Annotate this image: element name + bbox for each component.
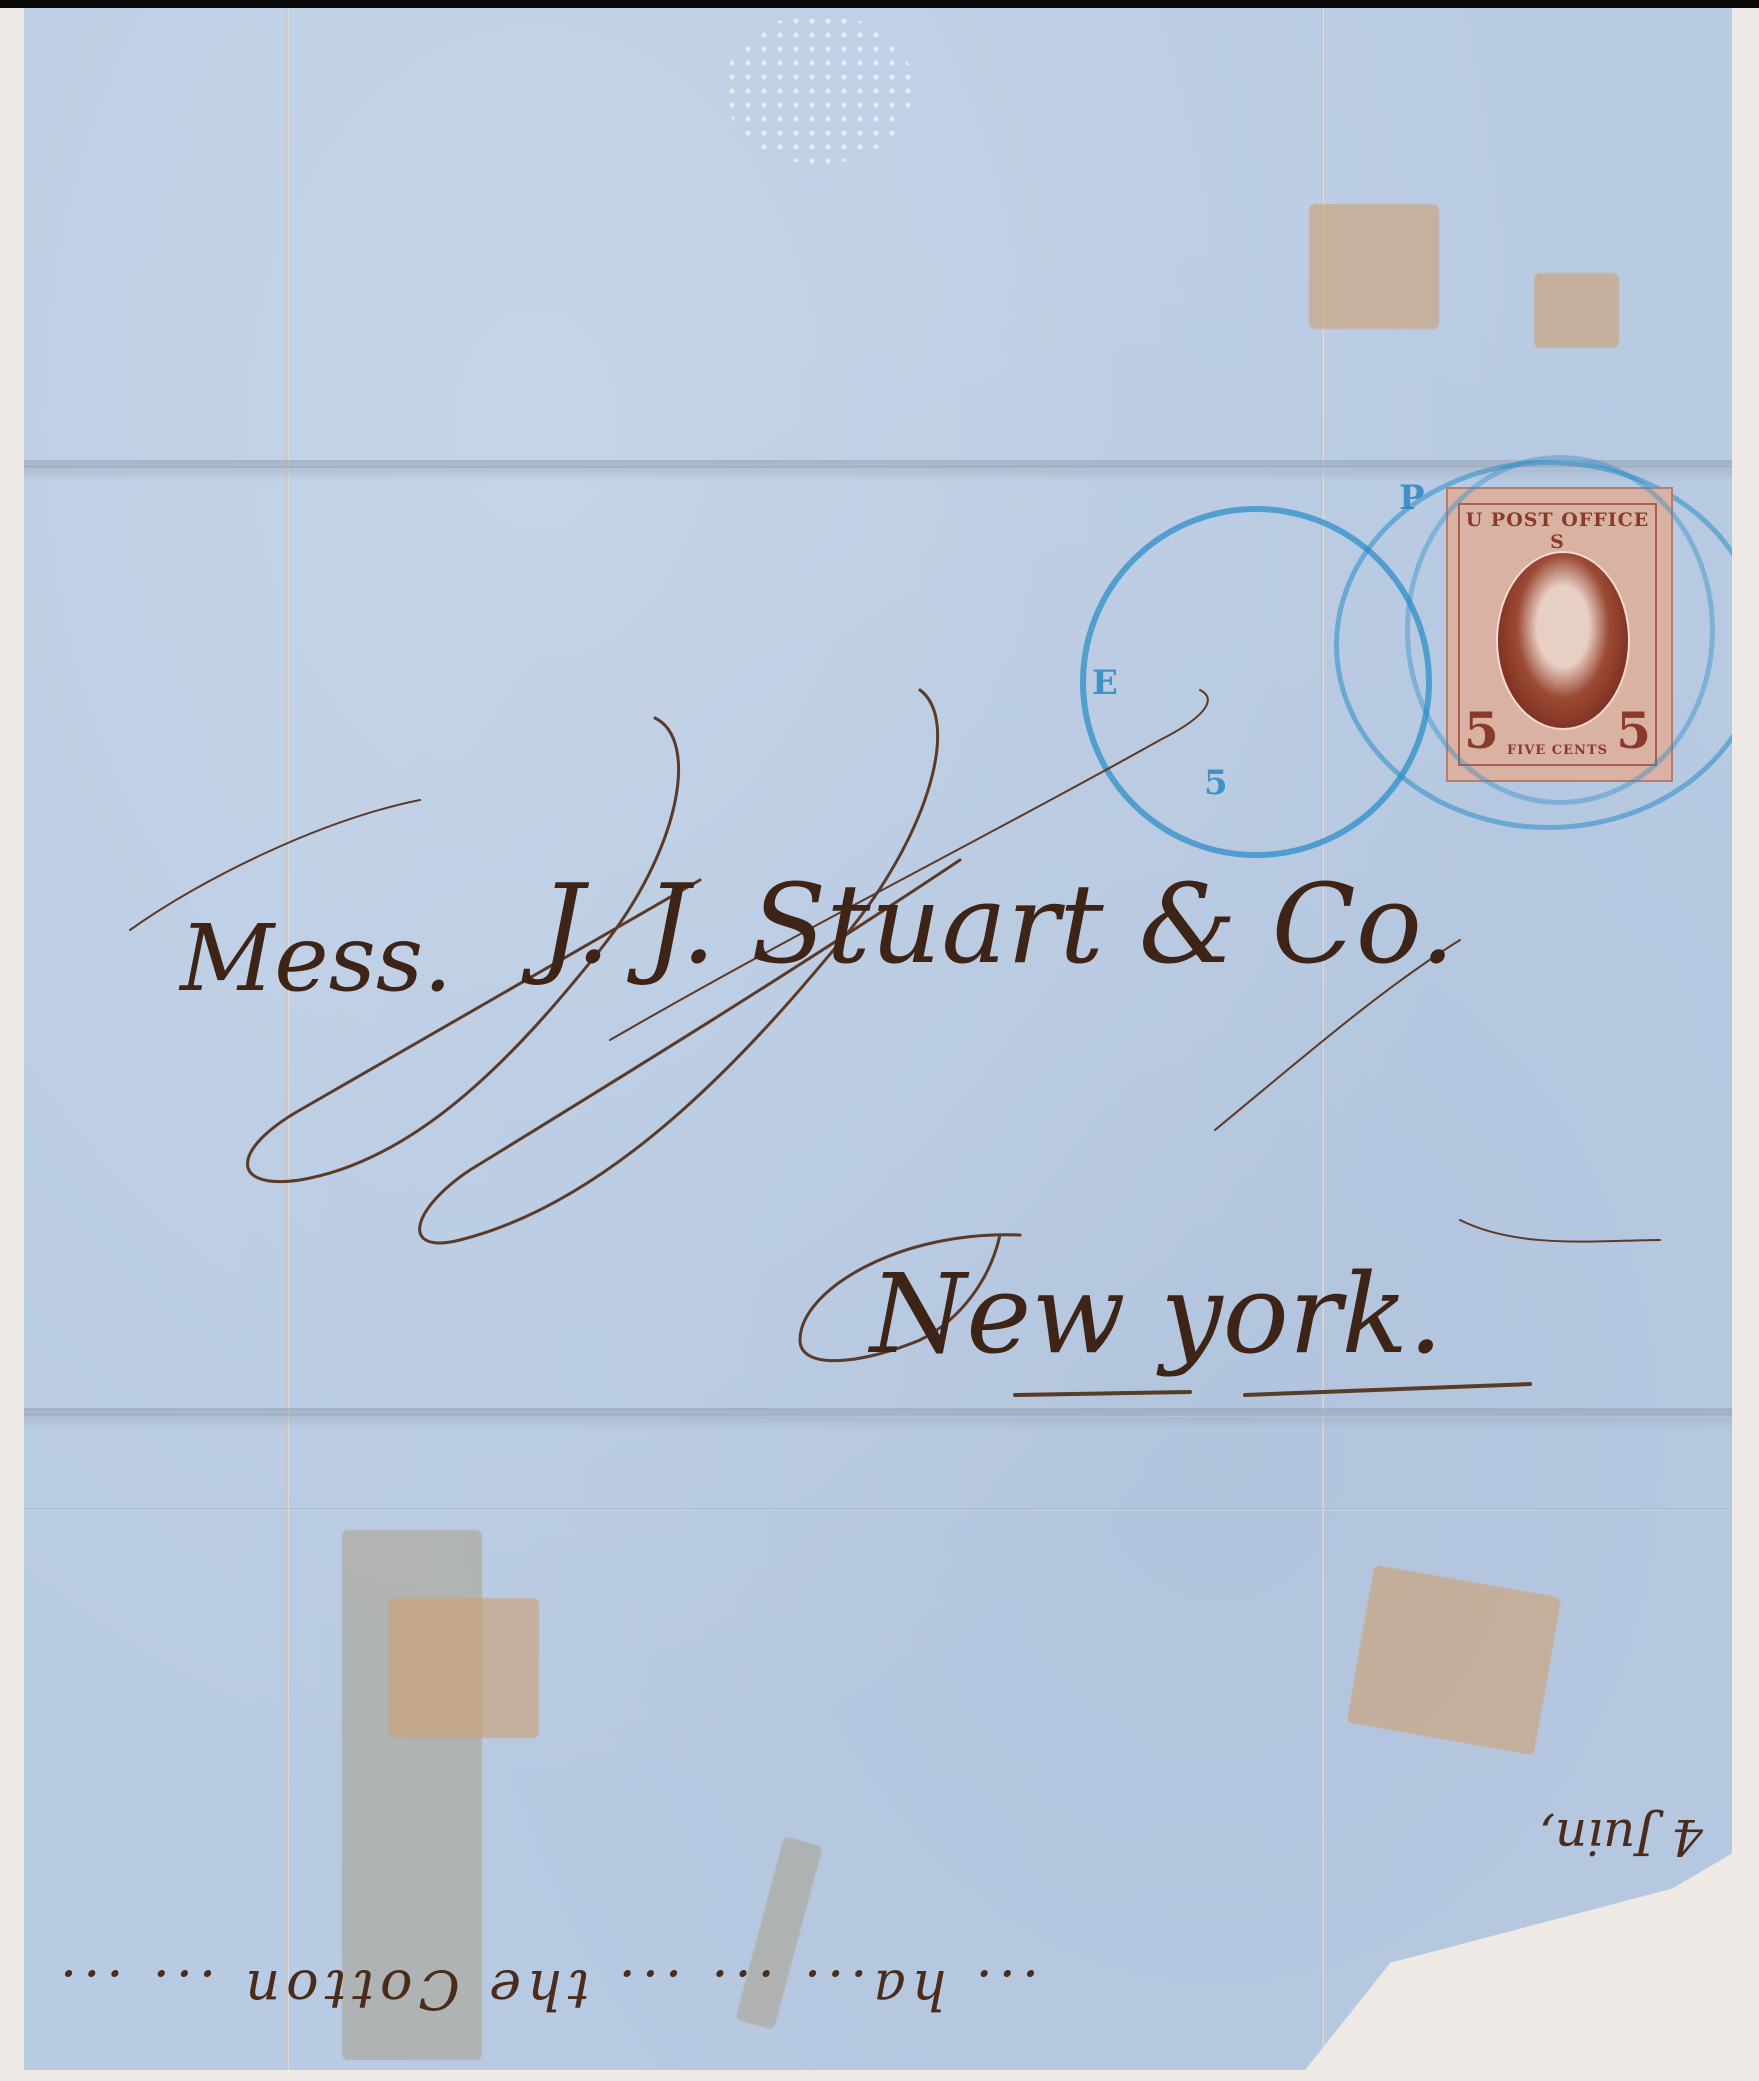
- salutation: Mess.: [180, 905, 452, 1012]
- handwriting-flourishes: [0, 0, 1759, 2081]
- addressee-name: J. J. Stuart & Co.: [540, 860, 1455, 988]
- destination-city: New york.: [870, 1250, 1443, 1378]
